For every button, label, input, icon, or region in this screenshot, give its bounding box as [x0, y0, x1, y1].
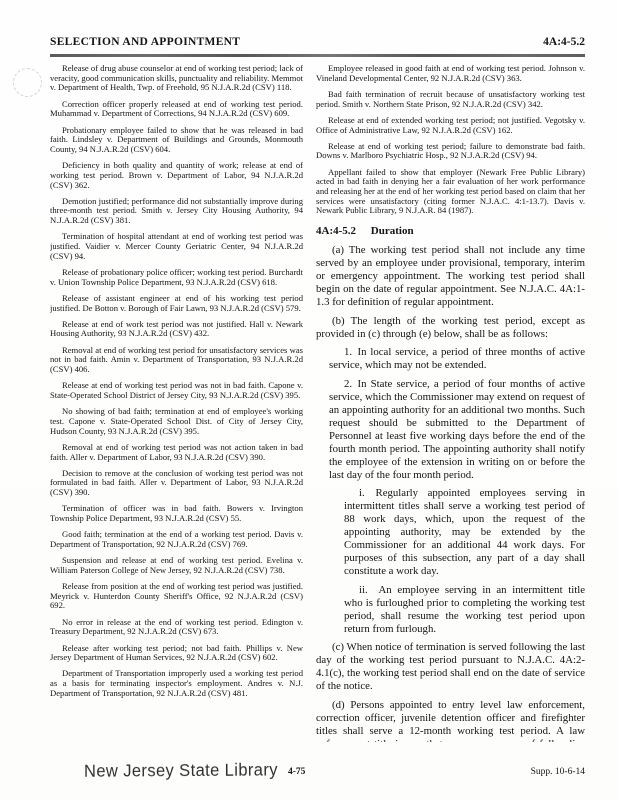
- case-annotation: Release of probationary police officer; …: [50, 268, 303, 287]
- page-header: SELECTION AND APPOINTMENT 4A:4-5.2: [50, 36, 585, 48]
- case-annotation: Release at end of work test period was n…: [50, 320, 303, 339]
- section-heading-number: 4A:4-5.2: [316, 225, 356, 237]
- case-annotation: Bad faith termination of recruit because…: [316, 90, 585, 109]
- regulation-paragraph: 1. In local service, a period of three m…: [329, 346, 585, 372]
- case-annotation: Removal at end of working test period wa…: [50, 443, 303, 462]
- case-annotation: No showing of bad faith; termination at …: [50, 407, 303, 436]
- left-column: Release of drug abuse counselor at end o…: [50, 64, 303, 742]
- case-annotation: Release at end of extended working test …: [316, 116, 585, 135]
- regulation-body: (a) The working test period shall not in…: [316, 244, 585, 742]
- case-annotation: Deficiency in both quality and quantity …: [50, 161, 303, 190]
- section-heading: 4A:4-5.2 Duration: [316, 225, 585, 237]
- two-column-text: Release of drug abuse counselor at end o…: [50, 64, 585, 742]
- case-annotation: Release at end of working test period; f…: [316, 142, 585, 161]
- section-heading-label: Duration: [371, 225, 414, 237]
- regulation-paragraph: (c) When notice of termination is served…: [316, 641, 585, 693]
- regulation-paragraph: (a) The working test period shall not in…: [316, 244, 585, 309]
- case-annotation: Removal at end of working test period fo…: [50, 346, 303, 375]
- regulation-paragraph: i. Regularly appointed employees serving…: [344, 487, 585, 578]
- case-annotation: Correction officer properly released at …: [50, 100, 303, 119]
- case-annotation: Release after working test period; not b…: [50, 644, 303, 663]
- regulation-paragraph: ii. An employee serving in an intermitte…: [344, 584, 585, 636]
- right-column: Employee released in good faith at end o…: [316, 64, 585, 742]
- case-annotation: Release of drug abuse counselor at end o…: [50, 64, 303, 93]
- case-annotation: No error in release at the end of workin…: [50, 618, 303, 637]
- library-stamp: New Jersey State Library: [84, 761, 278, 782]
- page-number: 4-75: [288, 767, 305, 777]
- supplement-date: Supp. 10-6-14: [531, 767, 585, 777]
- scan-artifact-circle: [13, 68, 42, 97]
- case-annotation: Termination of officer was in bad faith.…: [50, 504, 303, 523]
- case-annotation: Suspension and release at end of working…: [50, 556, 303, 575]
- regulation-paragraph: (d) Persons appointed to entry level law…: [316, 699, 585, 742]
- case-annotation: Employee released in good faith at end o…: [316, 64, 585, 83]
- case-annotation: Department of Transportation improperly …: [50, 669, 303, 698]
- right-column-annotations: Employee released in good faith at end o…: [316, 64, 585, 216]
- page-title: SELECTION AND APPOINTMENT: [50, 36, 240, 48]
- case-annotation: Probationary employee failed to show tha…: [50, 126, 303, 155]
- regulation-paragraph: 2. In State service, a period of four mo…: [329, 378, 585, 482]
- header-section-number: 4A:4-5.2: [543, 36, 585, 48]
- case-annotation: Appellant failed to show that employer (…: [316, 168, 585, 217]
- scanned-document-page: SELECTION AND APPOINTMENT 4A:4-5.2 Relea…: [0, 0, 618, 800]
- case-annotation: Termination of hospital attendant at end…: [50, 232, 303, 261]
- regulation-paragraph: (b) The length of the working test perio…: [316, 315, 585, 341]
- case-annotation: Release from position at the end of work…: [50, 582, 303, 611]
- case-annotation: Demotion justified; performance did not …: [50, 197, 303, 226]
- case-annotation: Release of assistant engineer at end of …: [50, 294, 303, 313]
- page-footer: New Jersey State Library 4-75 Supp. 10-6…: [0, 758, 618, 792]
- case-annotation: Decision to remove at the conclusion of …: [50, 469, 303, 498]
- case-annotation: Good faith; termination at the end of a …: [50, 530, 303, 549]
- header-rule: [50, 54, 585, 57]
- case-annotation: Release at end of working test period wa…: [50, 381, 303, 400]
